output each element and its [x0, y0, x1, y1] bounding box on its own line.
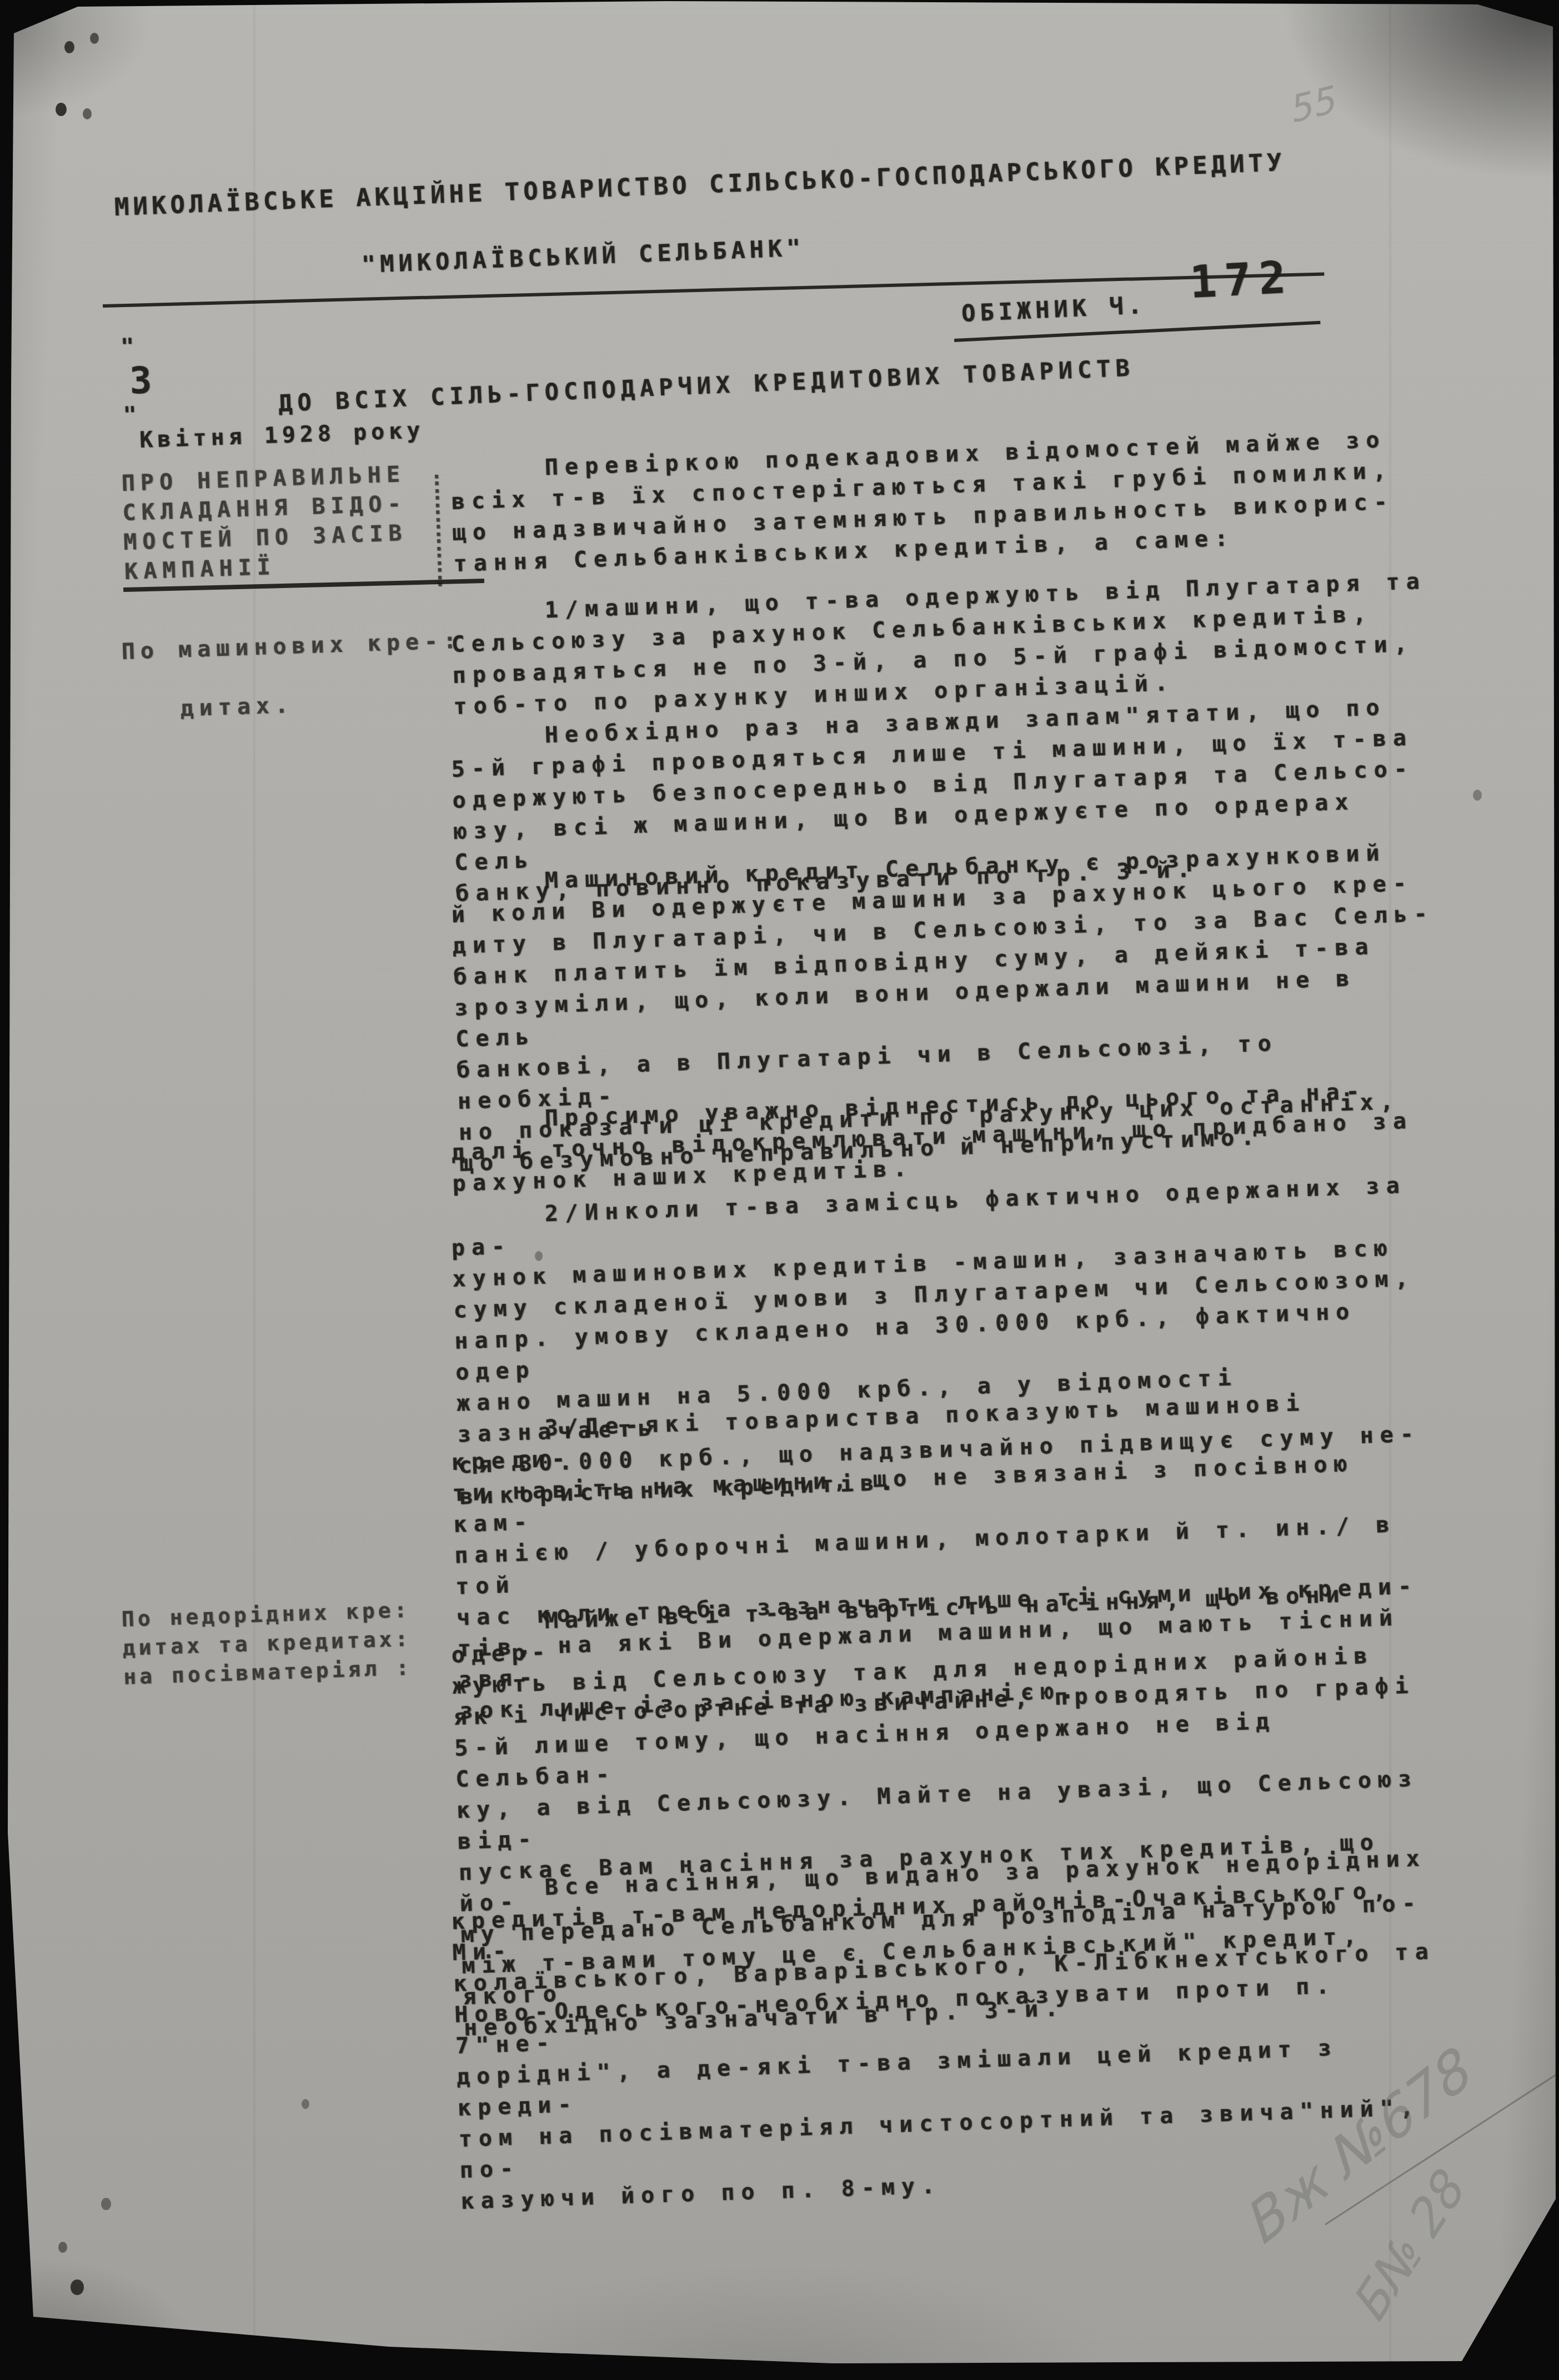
- handwritten-page-number: 55: [1289, 78, 1340, 132]
- org-title: МИКОЛАЇВСЬКЕ АКЦІЙНЕ ТОВАРИСТВО СІЛЬСЬКО…: [114, 144, 1391, 222]
- date-line: " 3 " Квітня 1928 року: [119, 298, 425, 454]
- date-day: 3: [121, 358, 164, 403]
- date-rest: Квітня 1928 року: [124, 418, 425, 454]
- scan-background: 55 МИКОЛАЇВСЬКЕ АКЦІЙНЕ ТОВАРИСТВО СІЛЬС…: [0, 0, 1559, 2380]
- margin-machine-credits: По машинових кре-: дитах.: [121, 625, 490, 726]
- margin-seed-credits: По недорідних кре: дитах та кредитах: на…: [121, 1593, 490, 1691]
- circular-number: 172: [1189, 251, 1295, 308]
- date-quote-open: ": [121, 334, 139, 360]
- paper-stains: [0, 0, 6, 8]
- date-quote-close: ": [123, 402, 142, 428]
- document-page: 55 МИКОЛАЇВСЬКЕ АКЦІЙНЕ ТОВАРИСТВО СІЛЬС…: [0, 0, 1559, 2380]
- paragraph-intro: Перевіркою подекадових відомостей майже …: [450, 423, 1442, 580]
- circular-label: ОБІЖНИК Ч.: [961, 292, 1147, 327]
- bank-title: "МИКОЛАЇВСЬКИЙ СЕЛЬБАНК": [361, 223, 1084, 278]
